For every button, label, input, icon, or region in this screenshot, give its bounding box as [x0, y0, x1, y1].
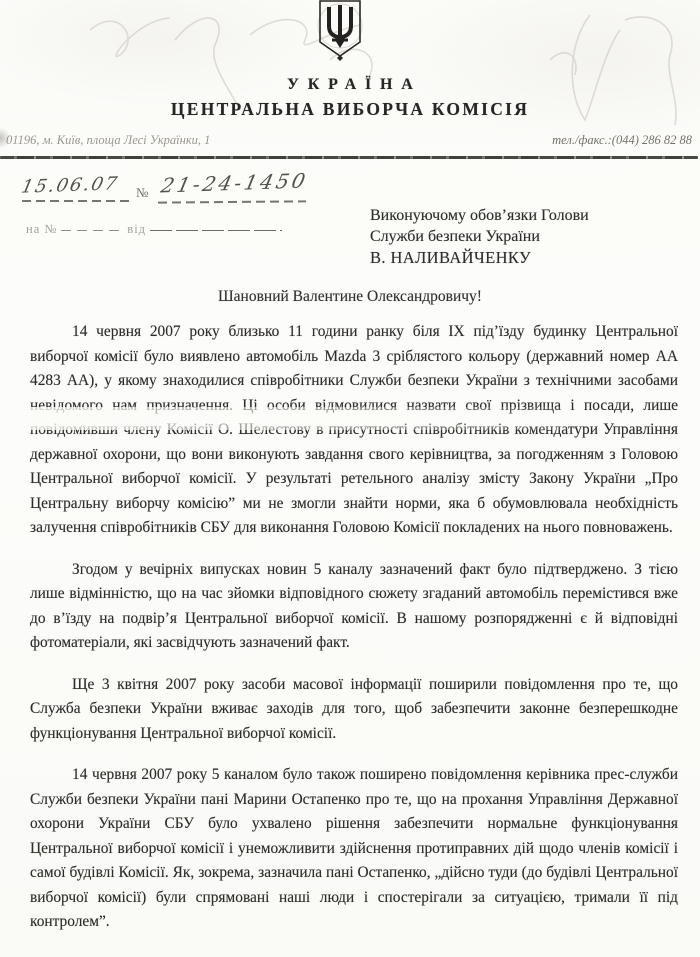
- reply-vid-label: від: [127, 222, 146, 236]
- reply-date-blank: [150, 230, 282, 231]
- salutation: Шановний Валентине Олександровичу!: [60, 288, 640, 306]
- recipient-line: Служби безпеки України: [370, 226, 589, 247]
- number-sign: №: [136, 185, 148, 201]
- letterhead-contact-row: 01196, м. Київ, площа Лесі Українки, 1 т…: [6, 133, 692, 148]
- reply-number-blank: [61, 230, 123, 231]
- reply-reference-line: на №від: [26, 222, 286, 237]
- coat-of-arms: [316, 0, 364, 62]
- letter-body: 14 червня 2007 року близько 11 години ра…: [30, 320, 678, 952]
- body-paragraph: Згодом у вечірніх випусках новин 5 канал…: [30, 558, 678, 656]
- scanned-letter-page: УКРАЇНА ЦЕНТРАЛЬНА ВИБОРЧА КОМІСІЯ 01196…: [0, 0, 700, 957]
- letterhead-organization: ЦЕНТРАЛЬНА ВИБОРЧА КОМІСІЯ: [0, 99, 700, 120]
- body-paragraph: Ще 3 квітня 2007 року засоби масової інф…: [30, 673, 678, 747]
- body-paragraph: 14 червня 2007 року близько 11 години ра…: [30, 320, 678, 541]
- letterhead-country: УКРАЇНА: [0, 76, 700, 94]
- reply-prefix: на №: [26, 222, 57, 236]
- letterhead-phone-fax: тел./факс.:(044) 286 82 88: [552, 133, 692, 148]
- letterhead-divider: [0, 156, 698, 159]
- ukraine-tryzub-shield-icon: [316, 0, 364, 62]
- recipient-block: Виконуючому обов’язки Голови Служби безп…: [370, 205, 589, 268]
- body-paragraph: 14 червня 2007 року 5 каналом було також…: [30, 763, 678, 935]
- date-underline: [22, 200, 132, 202]
- handwritten-date: 15.06.07: [19, 173, 120, 197]
- number-underline: [158, 200, 306, 203]
- handwritten-outgoing-number: 21-24-1450: [159, 168, 311, 197]
- recipient-line: Виконуючому обов’язки Голови: [370, 205, 589, 226]
- recipient-name: В. НАЛИВАЙЧЕНКУ: [370, 247, 589, 268]
- letterhead-address: 01196, м. Київ, площа Лесі Українки, 1: [6, 133, 210, 148]
